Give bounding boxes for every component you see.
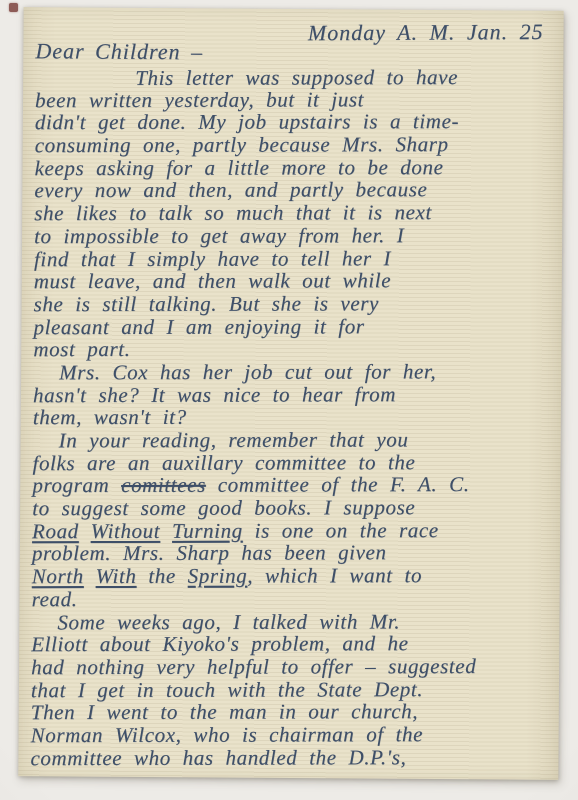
scan-background: Monday A. M. Jan. 25 Dear Children – Thi…	[0, 0, 578, 800]
letter-line: find that I simply have to tell her I	[34, 246, 556, 270]
letter-text: keeps asking for a little more to be don…	[35, 155, 444, 180]
letter-line: Norman Wilcox, who is chairman of the	[31, 723, 553, 747]
letter-line: Mrs. Cox has her job cut out for her,	[59, 360, 555, 384]
letter-line: she likes to talk so much that it is nex…	[34, 201, 556, 225]
letter-paper: Monday A. M. Jan. 25 Dear Children – Thi…	[18, 7, 563, 780]
letter-line: North With the Spring, which I want to	[32, 564, 554, 588]
letter-line: to impossible to get away from her. I	[34, 224, 556, 248]
letter-line: didn't get done. My job upstairs is a ti…	[35, 110, 557, 134]
letter-text: Norman Wilcox, who is chairman of the	[31, 722, 423, 747]
letter-text: that I get in touch with the State Dept.	[31, 677, 423, 702]
letter-text: This letter was supposed to have	[135, 65, 458, 90]
letter-line: had nothing very helpful to offer – sugg…	[31, 655, 553, 679]
letter-text: every now and then, and partly because	[34, 178, 427, 203]
letter-text: Elliott about Kiyoko's problem, and he	[31, 631, 408, 656]
letter-text: she is still talking. But she is very	[34, 291, 379, 316]
letter-text: Some weeks ago, I talked with Mr.	[57, 609, 400, 634]
letter-text: had nothing very helpful to offer – sugg…	[31, 654, 476, 679]
letter-line: been written yesterday, but it just	[35, 88, 557, 112]
letter-text	[160, 519, 172, 543]
letter-date: Monday A. M. Jan. 25	[23, 11, 563, 46]
letter-line: folks are an auxillary committee to the	[32, 451, 554, 475]
letter-line: them, wasn't it?	[33, 405, 555, 429]
red-scan-mark	[9, 3, 18, 12]
letter-line: most part.	[33, 337, 555, 361]
letter-line: Elliott about Kiyoko's problem, and he	[31, 632, 553, 656]
letter-text: pleasant and I am enjoying it for	[33, 314, 364, 339]
letter-text: Mrs. Cox has her job cut out for her,	[59, 359, 436, 384]
letter-text: problem. Mrs. Sharp has been given	[32, 541, 387, 566]
letter-line: committee who has handled the D.P.'s,	[30, 745, 552, 769]
letter-text: she likes to talk so much that it is nex…	[34, 200, 432, 225]
letter-text: been written yesterday, but it just	[35, 87, 364, 112]
letter-text: the	[136, 564, 187, 588]
letter-line: keeps asking for a little more to be don…	[35, 156, 557, 180]
letter-line: that I get in touch with the State Dept.	[31, 677, 553, 701]
letter-line: she is still talking. But she is very	[34, 292, 556, 316]
letter-body: This letter was supposed to havebeen wri…	[30, 66, 557, 773]
letter-text: them, wasn't it?	[33, 405, 187, 429]
letter-text: is one on the race	[243, 518, 439, 543]
letter-line: read.	[32, 587, 554, 611]
underlined-book-title-word: Turning	[172, 518, 243, 542]
underlined-book-title-word: With	[96, 564, 137, 588]
letter-text: consuming one, partly because Mrs. Sharp	[35, 132, 449, 157]
letter-text: committee of the F. A. C.	[206, 472, 470, 497]
letter-text: program	[32, 473, 121, 497]
letter-text: In your reading, remember that you	[59, 427, 409, 452]
letter-text: to suggest some good books. I suppose	[32, 495, 415, 520]
letter-text: must leave, and then walk out while	[34, 268, 391, 293]
letter-line: to suggest some good books. I suppose	[32, 496, 554, 520]
underlined-book-title-word: Spring	[188, 564, 248, 588]
letter-text: committee who has handled the D.P.'s,	[30, 745, 406, 770]
letter-line: Then I went to the man in our church,	[31, 700, 553, 724]
letter-text	[84, 564, 96, 588]
letter-line: consuming one, partly because Mrs. Sharp	[35, 133, 557, 157]
letter-line: hasn't she? It was nice to hear from	[33, 382, 555, 406]
letter-text: , which I want to	[247, 563, 422, 587]
letter-line: Road Without Turning is one on the race	[32, 519, 554, 543]
letter-line: program comittees committee of the F. A.…	[32, 473, 554, 497]
letter-text: didn't get done. My job upstairs is a ti…	[35, 109, 459, 134]
underlined-book-title-word: Road	[32, 519, 79, 543]
letter-text	[79, 519, 91, 543]
letter-line: pleasant and I am enjoying it for	[33, 314, 555, 338]
letter-line: every now and then, and partly because	[34, 178, 556, 202]
letter-text: find that I simply have to tell her I	[34, 246, 391, 271]
letter-text: read.	[32, 587, 78, 611]
letter-line: In your reading, remember that you	[59, 428, 555, 452]
underlined-book-title-word: Without	[91, 519, 161, 543]
letter-text: Then I went to the man in our church,	[31, 699, 418, 724]
letter-text: hasn't she? It was nice to hear from	[33, 382, 396, 407]
letter-line: This letter was supposed to have	[135, 66, 557, 90]
underlined-book-title-word: North	[32, 564, 84, 588]
struck-word: comittees	[121, 473, 206, 497]
letter-line: must leave, and then walk out while	[34, 269, 556, 293]
letter-text: folks are an auxillary committee to the	[32, 450, 415, 475]
letter-text: most part.	[33, 337, 130, 361]
letter-text: to impossible to get away from her. I	[34, 223, 404, 248]
letter-line: problem. Mrs. Sharp has been given	[32, 541, 554, 565]
letter-line: Some weeks ago, I talked with Mr.	[57, 610, 553, 634]
